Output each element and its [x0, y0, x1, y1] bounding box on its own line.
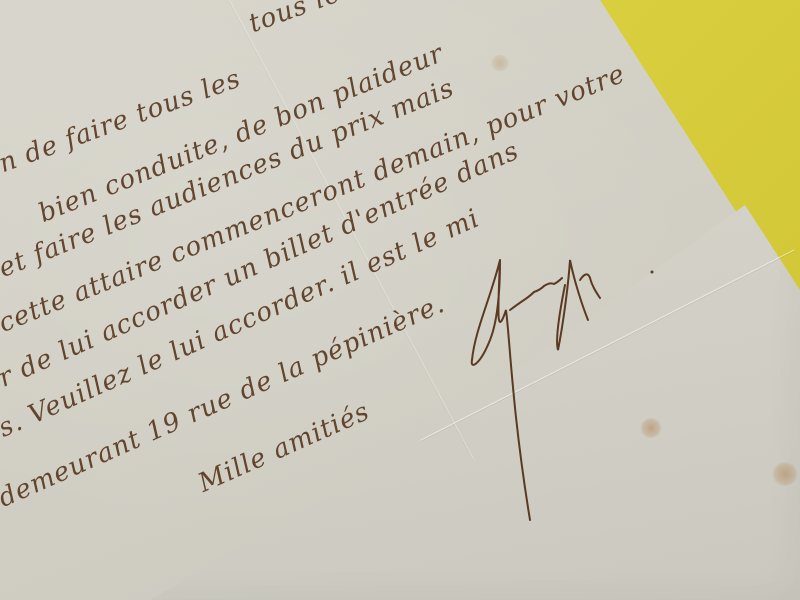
foxing-stain — [772, 462, 798, 486]
foxing-stain — [490, 55, 510, 71]
photo-scene: tous les de n de faire tous les bien con… — [0, 0, 800, 600]
